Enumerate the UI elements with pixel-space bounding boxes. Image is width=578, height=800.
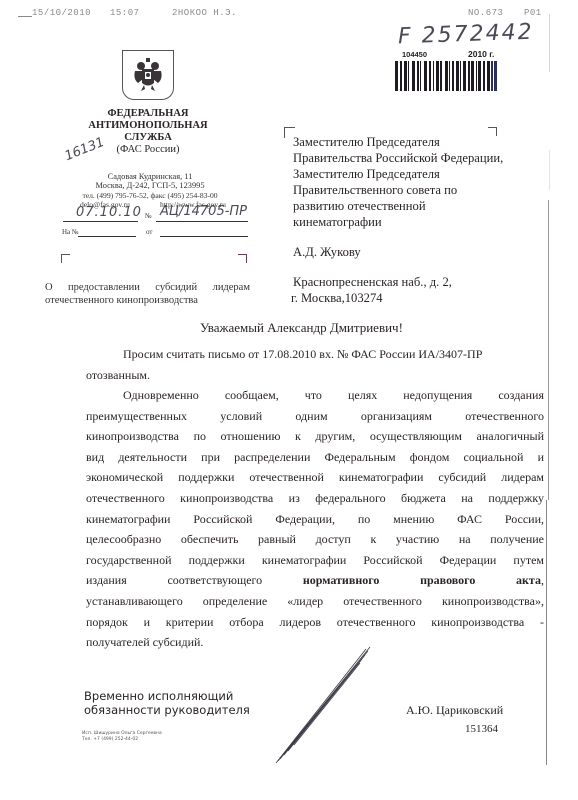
body-word: издания — [86, 570, 127, 591]
org-line-2: АНТИМОНОПОЛЬНАЯ — [78, 120, 218, 132]
recipient-line: Заместителю Председателя — [293, 134, 503, 150]
body-line: кинематографии Российской Федерации, по … — [86, 509, 544, 530]
signature-code: 151364 — [465, 723, 498, 735]
recipient-line: Заместителю Председателя — [293, 166, 503, 182]
body-paragraph-2: Одновременно сообщаем, что целях недопущ… — [86, 385, 544, 653]
letter-subject: О предоставлении субсидий лидерам отечес… — [45, 282, 250, 307]
body-line: вид деятельности при распределении Федер… — [86, 447, 544, 468]
body-line: отозванным. — [86, 365, 544, 386]
signatory-title-line1: Временно исполняющий — [84, 689, 250, 703]
fax-header-number: NO.673 — [468, 8, 503, 18]
executor-phone: Тел. +7 (499) 252-44-02 — [82, 737, 162, 743]
fax-header-sender: 2НОКОО Н.Э. — [172, 8, 237, 18]
body-word-bold: акта — [516, 573, 541, 587]
recipient-line: развитию отечественной — [293, 198, 503, 214]
letterhead-address: Садовая Кудринская, 11 Москва, Д-242, ГС… — [70, 172, 230, 200]
body-word-group: акта, — [516, 570, 544, 591]
body-line: кинопроизводства по отношению к другим, … — [86, 426, 544, 447]
fax-header-date: 15/10/2010 — [32, 8, 91, 18]
body-word-bold: нормативного — [303, 570, 380, 591]
body-line: преимущественных условий одним организац… — [86, 406, 544, 427]
body-line: государственной поддержки кинематографии… — [86, 550, 544, 571]
recipient-address-line2: г. Москва,103274 — [291, 290, 503, 306]
body-line: целесообразно обеспечить равный доступ к… — [86, 529, 544, 550]
signatory-name: А.Ю. Цариковский — [406, 703, 503, 718]
recipient-block: Заместителю Председателя Правительства Р… — [293, 134, 503, 306]
fax-header-page: P01 — [524, 8, 542, 18]
recipient-address-line1: Краснопресненская наб., д. 2, — [293, 274, 503, 290]
outgoing-date: 07.10.10 — [76, 205, 142, 220]
recipient-line: кинематографии — [293, 214, 503, 230]
signatory-title-line2: обязанности руководителя — [84, 703, 250, 717]
fax-header-time: 15:07 — [110, 8, 140, 18]
signatory-title: Временно исполняющий обязанности руковод… — [84, 689, 250, 717]
body-word: соответствующего — [167, 570, 262, 591]
scan-edge-line — [546, 500, 547, 765]
number-label: № — [145, 212, 152, 220]
body-word-bold: правового — [420, 570, 475, 591]
subject-bracket-left — [61, 254, 70, 263]
body-line: экономической поддержки отечественной ки… — [86, 467, 544, 488]
scan-edge-line — [549, 14, 550, 72]
body-line: Одновременно сообщаем, что целях недопущ… — [86, 385, 544, 406]
body-line: Просим считать письмо от 17.08.2010 вх. … — [86, 344, 544, 365]
recipient-line: Правительственного совета по — [293, 182, 503, 198]
greeting: Уважаемый Александр Дмитриевич! — [200, 320, 403, 336]
reply-from-label: от — [146, 228, 152, 236]
handwritten-signature — [270, 645, 380, 765]
executor-info: Исп. Шишурина Ольга Сергеевна Тел. +7 (4… — [82, 731, 162, 743]
barcode-year: 2010 г. — [468, 49, 494, 59]
outgoing-date-line — [63, 221, 138, 222]
body-punctuation: , — [541, 573, 544, 587]
body-line: устанавливающего определение «лидер отеч… — [86, 591, 544, 612]
body-paragraph-1: Просим считать письмо от 17.08.2010 вх. … — [86, 344, 544, 385]
reply-number-label: На № — [62, 228, 79, 236]
body-line: издания соответствующего нормативного пр… — [86, 570, 544, 591]
reply-number-line — [78, 236, 136, 237]
coat-of-arms-emblem — [122, 50, 174, 100]
address-phone-fax: тел. (499) 795-76-52, факс (495) 254-83-… — [70, 191, 230, 200]
recipient-name: А.Д. Жукову — [293, 244, 503, 260]
body-line: отечественного кинопроизводства из федер… — [86, 488, 544, 509]
scan-edge-line — [549, 150, 550, 190]
address-street: Садовая Кудринская, 11 — [70, 172, 230, 181]
outgoing-number: АЦ/14705-ПР — [160, 204, 247, 219]
double-headed-eagle-icon — [131, 57, 165, 93]
org-line-1: ФЕДЕРАЛЬНАЯ — [78, 108, 218, 120]
subject-bracket-right — [238, 254, 247, 263]
recipient-line: Правительства Российской Федерации, — [293, 150, 503, 166]
reply-from-line — [160, 236, 248, 237]
fax-header-underline — [18, 16, 32, 17]
address-city: Москва, Д-242, ГСП-5, 123995 — [70, 181, 230, 190]
barcode-number: 104450 — [402, 50, 427, 59]
body-line: порядок и критерии отбора лидеров отечес… — [86, 612, 544, 633]
scan-edge-line — [548, 200, 549, 500]
barcode-icon — [395, 61, 507, 91]
handwritten-registration-code: F 2572442 — [398, 20, 534, 50]
outgoing-number-line — [156, 221, 248, 222]
